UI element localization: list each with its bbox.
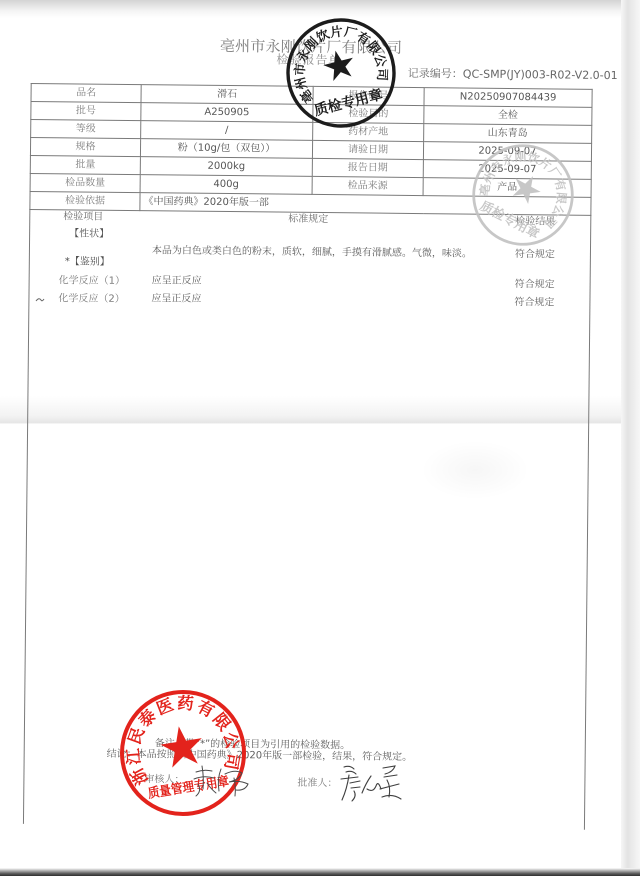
item-chemical-reaction-1: 化学反应（1）: [59, 274, 126, 289]
record-number-label: 记录编号：: [408, 67, 463, 81]
label-batch-quantity: 批量: [30, 155, 140, 174]
value-product-name: 滑石: [141, 85, 313, 105]
section-title-identification: *【鉴别】: [65, 255, 110, 269]
reviewer-label: 审核人：: [144, 773, 184, 787]
label-specification: 规格: [30, 137, 140, 156]
label-request-date: 请验日期: [312, 140, 423, 159]
value-report-number: N20250907084439: [424, 88, 592, 108]
value-specification: 粉（10g/包（双包））: [140, 139, 312, 159]
label-report-date: 报告日期: [312, 158, 423, 177]
column-header-result: 检验结果: [515, 215, 555, 229]
standard-chemical-reaction-1: 应呈正反应: [152, 274, 202, 289]
value-sample-quantity: 400g: [140, 175, 312, 195]
label-report-number: 报告编号: [313, 86, 424, 105]
label-product-name: 品名: [31, 83, 141, 102]
item-chemical-reaction-2: 化学反应（2）: [58, 292, 125, 307]
column-header-item: 检验项目: [63, 210, 103, 224]
value-sample-source: 产品: [423, 178, 591, 198]
value-request-date: 2025-09-07: [423, 142, 591, 162]
value-inspection-purpose: 全检: [424, 106, 592, 126]
value-origin: 山东青岛: [424, 124, 592, 144]
label-batch-number: 批号: [31, 101, 141, 120]
product-info-table: 品名 滑石 报告编号 N20250907084439 批号 A250905 检验…: [29, 83, 592, 216]
record-number: 记录编号：QC-SMP(JY)003-R02-V2.0-01: [408, 65, 618, 83]
scan-shadow-bottom: [0, 868, 640, 876]
result-appearance: 符合规定: [515, 248, 555, 262]
scan-shadow-right: [621, 0, 640, 876]
column-header-standard: 标准规定: [288, 213, 328, 227]
label-sample-source: 检品来源: [312, 176, 423, 195]
inspection-report-sheet: 亳州市永刚饮片厂有限公司 检验报告单 记录编号：QC-SMP(JY)003-R0…: [0, 0, 640, 876]
value-report-date: 2025-09-07: [423, 160, 591, 180]
value-batch-quantity: 2000kg: [140, 157, 312, 177]
value-grade: /: [141, 121, 313, 141]
label-grade: 等级: [31, 119, 141, 138]
result-chemical-reaction-1: 符合规定: [515, 278, 555, 292]
result-chemical-reaction-2: 符合规定: [514, 296, 554, 310]
label-inspection-basis: 检验依据: [30, 191, 140, 210]
approver-label: 批准人：: [297, 777, 337, 791]
label-origin: 药材产地: [313, 122, 424, 141]
document-title: 检验报告单: [259, 50, 359, 68]
record-number-value: QC-SMP(JY)003-R02-V2.0-01: [463, 67, 618, 82]
standard-chemical-reaction-2: 应呈正反应: [151, 292, 201, 307]
value-batch-number: A250905: [141, 103, 313, 123]
label-inspection-purpose: 检验目的: [313, 104, 424, 123]
label-sample-quantity: 检品数量: [30, 173, 140, 192]
section-title-appearance: 【性状】: [69, 227, 109, 241]
